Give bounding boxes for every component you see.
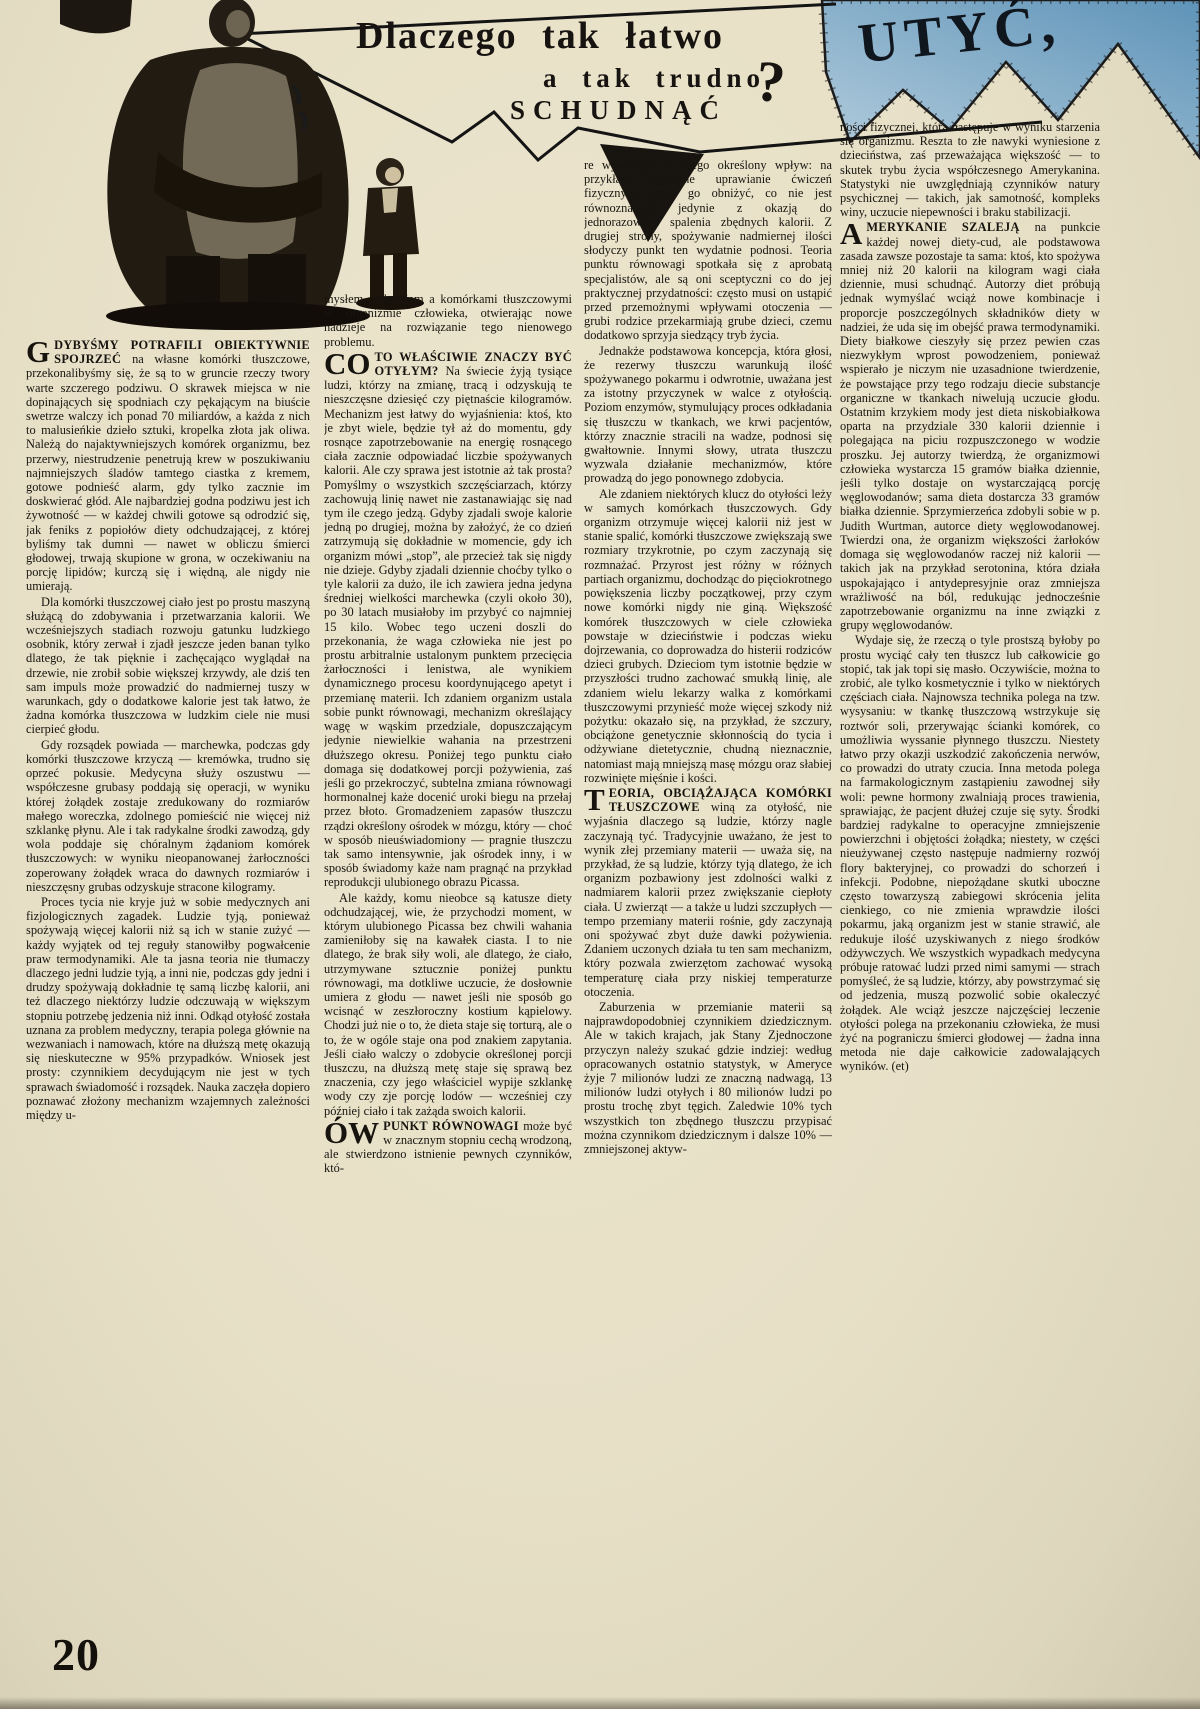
article-column-2: mysłem, żołądkiem a komórkami tłuszczowy…	[324, 292, 572, 1696]
article-paragraph: Proces tycia nie kryje już w sobie medyc…	[26, 895, 310, 1122]
article-paragraph: mysłem, żołądkiem a komórkami tłuszczowy…	[324, 292, 572, 349]
dropcap: T	[584, 786, 609, 812]
paragraph-lead: PUNKT RÓWNOWAGI	[383, 1119, 523, 1133]
article-paragraph: ności fizycznej, która następuje w wynik…	[840, 120, 1100, 219]
article-paragraph: re wywierają na niego określony wpływ: n…	[584, 158, 832, 343]
article-paragraph: TEORIA, OBCIĄŻAJĄCA KOMÓRKI TŁUSZCZOWE w…	[584, 786, 832, 999]
headline-line-3: SCHUDNĄĆ	[510, 95, 727, 126]
magazine-page: Dlaczego tak łatwo UTYĆ, a tak trudno SC…	[0, 0, 1200, 1709]
dropcap: CO	[324, 350, 375, 376]
article-paragraph: Ale zdaniem niektórych klucz do otyłości…	[584, 487, 832, 785]
paragraph-lead: TO WŁAŚCIWIE ZNACZY BYĆ OTYŁYM?	[375, 350, 573, 378]
article-paragraph: ÓWPUNKT RÓWNOWAGI może być w znacznym st…	[324, 1119, 572, 1176]
article-paragraph: Zaburzenia w przemianie materii są najpr…	[584, 1000, 832, 1156]
child-figure	[356, 158, 424, 310]
dropcap: A	[840, 220, 866, 246]
article-column-4: ności fizycznej, która następuje w wynik…	[840, 120, 1100, 1696]
dropcap: G	[26, 338, 54, 364]
article-column-3: re wywierają na niego określony wpływ: n…	[584, 158, 832, 1696]
article-paragraph: Jednakże podstawowa koncepcja, która gło…	[584, 344, 832, 486]
article-paragraph: Dla komórki tłuszczowej ciało jest po pr…	[26, 595, 310, 737]
article-paragraph: Wydaje się, że rzeczą o tyle prostszą by…	[840, 633, 1100, 1073]
article-paragraph: COTO WŁAŚCIWIE ZNACZY BYĆ OTYŁYM? Na świ…	[324, 350, 572, 890]
article-paragraph: Ale każdy, komu nieobce są katusze diety…	[324, 891, 572, 1118]
article-column-1: GDYBYŚMY POTRAFILI OBIEKTYWNIE SPOJRZEĆ …	[26, 338, 310, 1640]
headline-line-1: Dlaczego tak łatwo	[356, 14, 724, 58]
article-paragraph: AMERYKANIE SZALEJĄ na punkcie każdej now…	[840, 220, 1100, 632]
paragraph-lead: EORIA, OBCIĄŻAJĄCA KOMÓRKI TŁUSZCZOWE	[609, 786, 832, 814]
fat-man-photo	[60, 0, 370, 330]
paragraph-lead: MERYKANIE SZALEJĄ	[866, 220, 1034, 234]
page-number: 20	[52, 1628, 100, 1681]
article-paragraph: GDYBYŚMY POTRAFILI OBIEKTYWNIE SPOJRZEĆ …	[26, 338, 310, 594]
headline-line-2: a tak trudno	[543, 63, 765, 94]
dropcap: ÓW	[324, 1119, 383, 1145]
paragraph-lead: DYBYŚMY POTRAFILI OBIEKTYWNIE SPOJRZEĆ	[54, 338, 310, 366]
article-paragraph: Gdy rozsądek powiada — marchewka, podcza…	[26, 738, 310, 894]
